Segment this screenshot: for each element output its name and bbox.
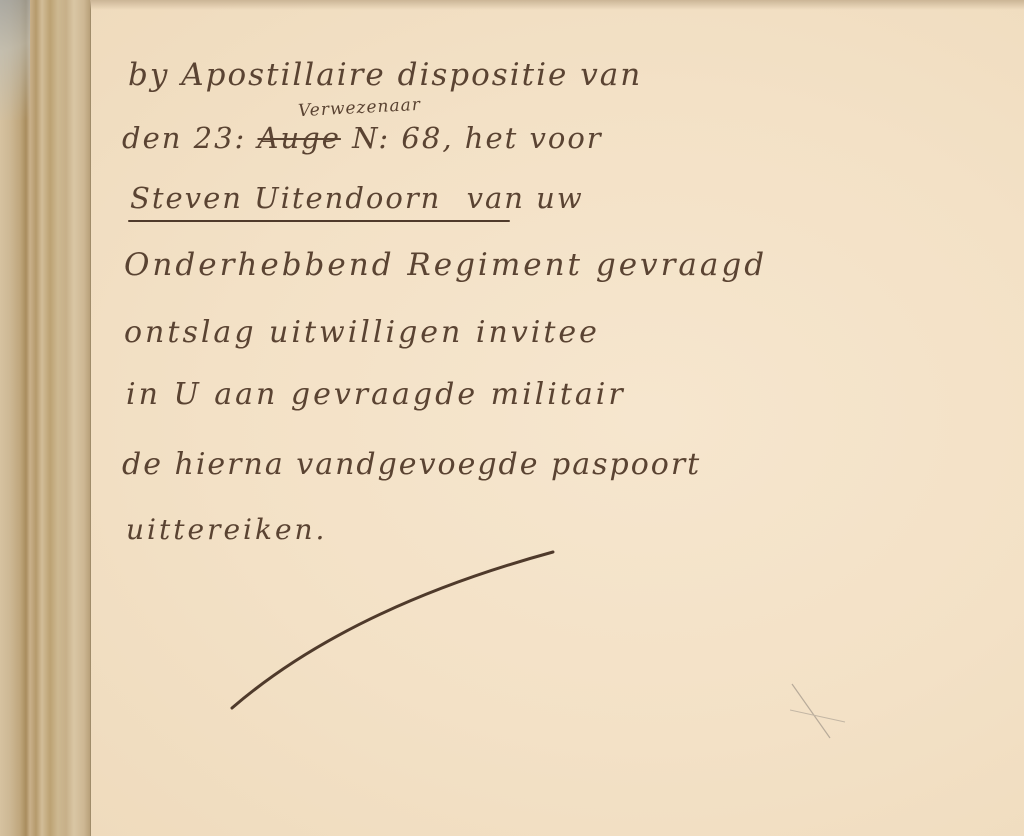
- manuscript-line-6: in U aan gevraagde militair: [126, 380, 626, 410]
- pencil-mark: [790, 680, 850, 740]
- name-underline: [128, 220, 510, 222]
- page-top-edge: [90, 0, 1024, 10]
- scanned-document: by Apostillaire dispositie van Verwezena…: [0, 0, 1024, 836]
- manuscript-line-7: de hierna vandgevoegde paspoort: [122, 450, 701, 480]
- book-binding-edges: [0, 0, 92, 836]
- binding-shadow: [0, 0, 30, 120]
- struck-word: Auge: [258, 121, 341, 155]
- line-2-date: den 23:: [122, 121, 246, 155]
- manuscript-line-2: den 23: Auge N: 68, het voor: [122, 124, 603, 153]
- manuscript-line-3: Steven Uitendoorn van uw: [130, 184, 584, 213]
- manuscript-line-1: by Apostillaire dispositie van: [128, 60, 642, 91]
- manuscript-line-8: uittereiken.: [126, 516, 327, 544]
- manuscript-line-5: ontslag uitwilligen invitee: [124, 318, 600, 348]
- line-2-rest: N: 68, het voor: [352, 121, 603, 155]
- closing-pen-stroke: [228, 548, 558, 713]
- line-3-rest: van uw: [467, 181, 584, 215]
- manuscript-line-4: Onderhebbend Regiment gevraagd: [124, 250, 767, 281]
- underlined-name: Steven Uitendoorn: [130, 181, 441, 215]
